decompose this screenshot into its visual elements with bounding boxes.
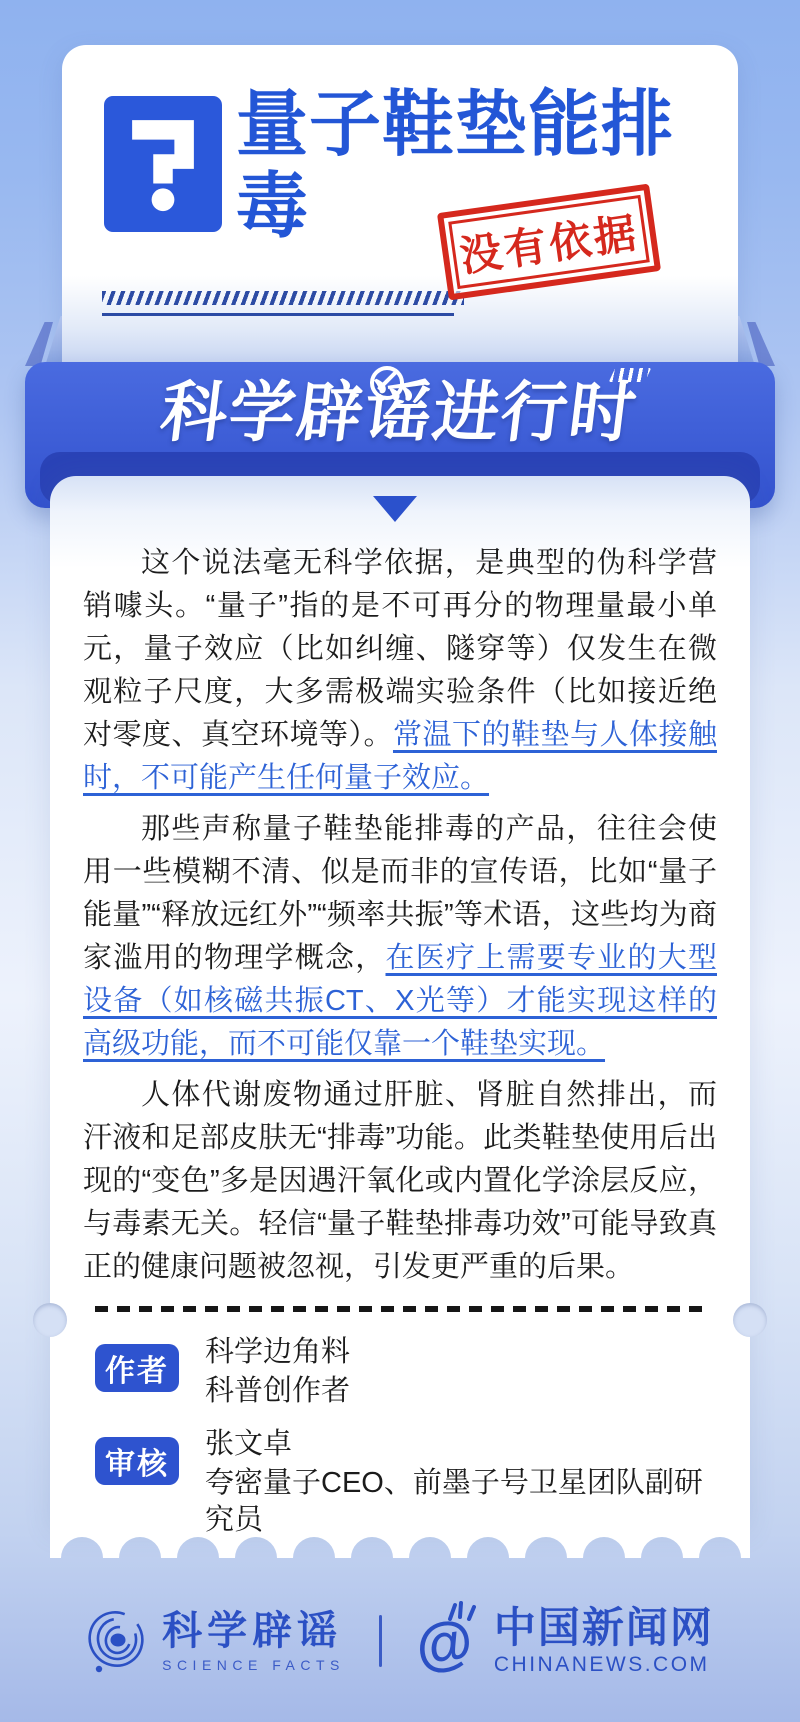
article-body: 这个说法毫无科学依据，是典型的伪科学营销噱头。“量子”指的是不可再分的物理量最小… xyxy=(83,542,717,1297)
ticket-notch-left xyxy=(33,1303,67,1337)
footer-divider xyxy=(379,1615,382,1667)
science-facts-logo: 科学辟谣 SCIENCE FACTS xyxy=(86,1605,345,1677)
dashed-divider xyxy=(95,1306,707,1312)
author-badge: 作者 xyxy=(95,1344,179,1392)
speed-lines-icon xyxy=(608,368,651,382)
paragraph-3-text: 人体代谢废物通过肝脏、肾脏自然排出，而汗液和足部皮肤无“排毒”功能。此类鞋垫使用… xyxy=(83,1079,717,1283)
no-entry-icon xyxy=(370,366,404,400)
ticket-notch-right xyxy=(733,1303,767,1337)
footer: 科学辟谣 SCIENCE FACTS @ 中国新闻网 CHINANEWS.COM xyxy=(0,1560,800,1722)
reviewer-name: 张文卓 xyxy=(205,1426,725,1463)
question-mark-glyph xyxy=(120,112,206,216)
verdict-stamp-text: 没有依据 xyxy=(448,195,650,289)
author-name: 科学边角料 xyxy=(205,1334,725,1371)
hatch-divider xyxy=(102,291,464,305)
reviewer-title: 夸密量子CEO、前墨子号卫星团队副研究员 xyxy=(205,1465,725,1539)
content-card: 这个说法毫无科学依据，是典型的伪科学营销噱头。“量子”指的是不可再分的物理量最小… xyxy=(50,476,750,1532)
author-title: 科普创作者 xyxy=(205,1373,725,1410)
banner: 科学辟谣进行时 xyxy=(25,350,775,462)
paragraph-1: 这个说法毫无科学依据，是典型的伪科学营销噱头。“量子”指的是不可再分的物理量最小… xyxy=(83,542,717,800)
scalloped-card-edge xyxy=(50,1532,750,1558)
question-mark-icon xyxy=(104,96,222,232)
reviewer-badge: 审核 xyxy=(95,1437,179,1485)
science-facts-en-label: SCIENCE FACTS xyxy=(162,1657,345,1673)
chinanews-en-label: CHINANEWS.COM xyxy=(494,1653,714,1677)
spiral-logo-icon xyxy=(86,1605,150,1677)
science-facts-cn-label: 科学辟谣 xyxy=(162,1609,345,1653)
poster-root: 量子鞋垫能排毒 没有依据 科学辟谣进行时 这个说法毫无科学依据，是典型的伪科学营… xyxy=(0,0,800,1722)
chinanews-logo: @ 中国新闻网 CHINANEWS.COM xyxy=(416,1603,714,1679)
solid-divider xyxy=(102,313,454,316)
at-glyph: @ xyxy=(412,1611,476,1676)
paragraph-3: 人体代谢废物通过肝脏、肾脏自然排出，而汗液和足部皮肤无“排毒”功能。此类鞋垫使用… xyxy=(83,1074,717,1289)
at-icon: @ xyxy=(416,1603,482,1679)
chinanews-cn-label: 中国新闻网 xyxy=(494,1605,714,1651)
down-triangle-icon xyxy=(373,496,417,522)
paragraph-2: 那些声称量子鞋垫能排毒的产品，往往会使用一些模糊不清、似是而非的宣传语，比如“量… xyxy=(83,808,717,1066)
